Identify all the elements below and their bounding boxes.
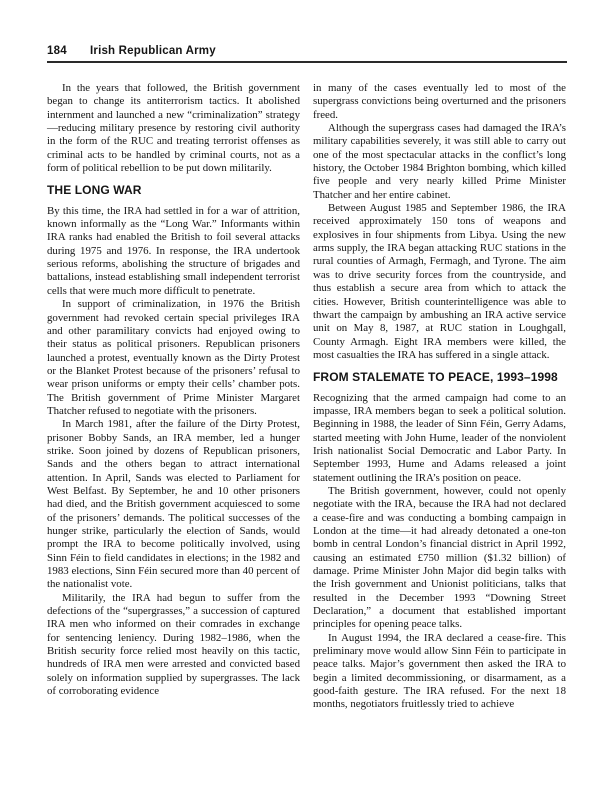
paragraph: By this time, the IRA had settled in for… xyxy=(47,205,300,298)
section-heading-from-stalemate-to-peace: FROM STALEMATE TO PEACE, 1993–1998 xyxy=(313,371,566,384)
paragraph: Recognizing that the armed campaign had … xyxy=(313,392,566,485)
header-rule xyxy=(47,61,567,63)
paragraph: Militarily, the IRA had begun to suffer … xyxy=(47,592,300,699)
page-number: 184 xyxy=(47,45,90,57)
paragraph: In support of criminalization, in 1976 t… xyxy=(47,298,300,418)
paragraph: In August 1994, the IRA declared a cease… xyxy=(313,632,566,712)
page-content: 184 Irish Republican Army In the years t… xyxy=(47,45,567,712)
paragraph: In March 1981, after the failure of the … xyxy=(47,418,300,591)
paragraph: Although the supergrass cases had damage… xyxy=(313,122,566,202)
section-heading-the-long-war: THE LONG WAR xyxy=(47,184,300,197)
right-column: in many of the cases eventually led to m… xyxy=(313,82,566,712)
text-columns: In the years that followed, the British … xyxy=(47,82,567,712)
paragraph-continuation: in many of the cases eventually led to m… xyxy=(313,82,566,122)
left-column: In the years that followed, the British … xyxy=(47,82,300,712)
book-page: 184 Irish Republican Army In the years t… xyxy=(0,0,614,800)
running-header: 184 Irish Republican Army xyxy=(47,45,567,57)
running-title: Irish Republican Army xyxy=(90,45,216,57)
paragraph: The British government, however, could n… xyxy=(313,485,566,632)
paragraph-continuation: In the years that followed, the British … xyxy=(47,82,300,175)
paragraph: Between August 1985 and September 1986, … xyxy=(313,202,566,362)
